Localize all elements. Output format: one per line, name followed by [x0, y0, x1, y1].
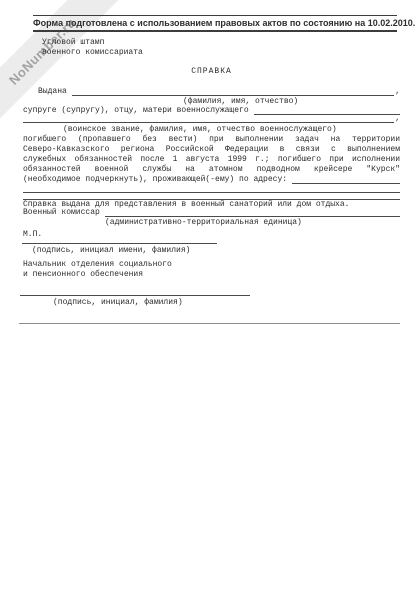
issued-label: Выдана — [38, 87, 67, 96]
stamp-line-2: военного комиссариата — [42, 48, 143, 58]
address-label: (необходимое подчеркнуть), проживающей(-… — [23, 175, 287, 184]
paragraph-line-3: служебных обязанностей после 1 августа 1… — [23, 155, 400, 165]
officer-line-1: Начальник отделения социального — [23, 260, 172, 270]
stamp-line-1: Угловой штамп — [42, 38, 143, 48]
paragraph-line-1: погибшего (пропавшего без вести) при вып… — [23, 135, 400, 145]
issued-caption: (фамилия, имя, отчество) — [183, 97, 298, 106]
commissar-row: Военный комиссар — [23, 208, 400, 217]
serviceman-suffix: , — [395, 114, 400, 123]
serviceman-blank-row: , — [23, 114, 400, 123]
paragraph-line-2: Северо-Кавказского региона Российской Фе… — [23, 145, 400, 155]
document-title: СПРАВКА — [23, 67, 400, 76]
document-page: NoNumber.ru Форма подготовлена с использ… — [0, 0, 420, 600]
commissar-blank-field — [105, 208, 400, 217]
signature-line-1 — [22, 236, 217, 244]
address-blank-field — [292, 175, 400, 184]
officer-line-2: и пенсионного обеспечения — [23, 270, 172, 280]
serviceman-blank-field — [23, 114, 394, 123]
issued-suffix: , — [395, 87, 400, 96]
territory-caption: (административно-территориальная единица… — [105, 218, 302, 227]
serviceman-caption: (воинское звание, фамилия, имя, отчество… — [63, 125, 337, 134]
signature-caption-1: (подпись, инициал имени, фамилия) — [32, 246, 190, 255]
corner-stamp-placeholder: Угловой штамп военного комиссариата — [42, 38, 143, 58]
issued-blank-field — [72, 87, 394, 96]
address-blank-line-2 — [23, 192, 400, 200]
paragraph-line-4: обязанностей военной службы на атомном п… — [23, 165, 400, 175]
signature-line-2 — [20, 288, 250, 296]
form-preparation-note: Форма подготовлена с использованием прав… — [33, 15, 397, 32]
body-paragraph: погибшего (пропавшего без вести) при вып… — [23, 135, 400, 175]
officer-title: Начальник отделения социального и пенсио… — [23, 260, 172, 280]
bottom-divider — [19, 323, 400, 324]
signature-caption-2: (подпись, инициал, фамилия) — [53, 298, 183, 307]
commissar-label: Военный комиссар — [23, 208, 100, 217]
address-row: (необходимое подчеркнуть), проживающей(-… — [23, 175, 400, 184]
issued-row: Выдана , — [23, 87, 400, 96]
